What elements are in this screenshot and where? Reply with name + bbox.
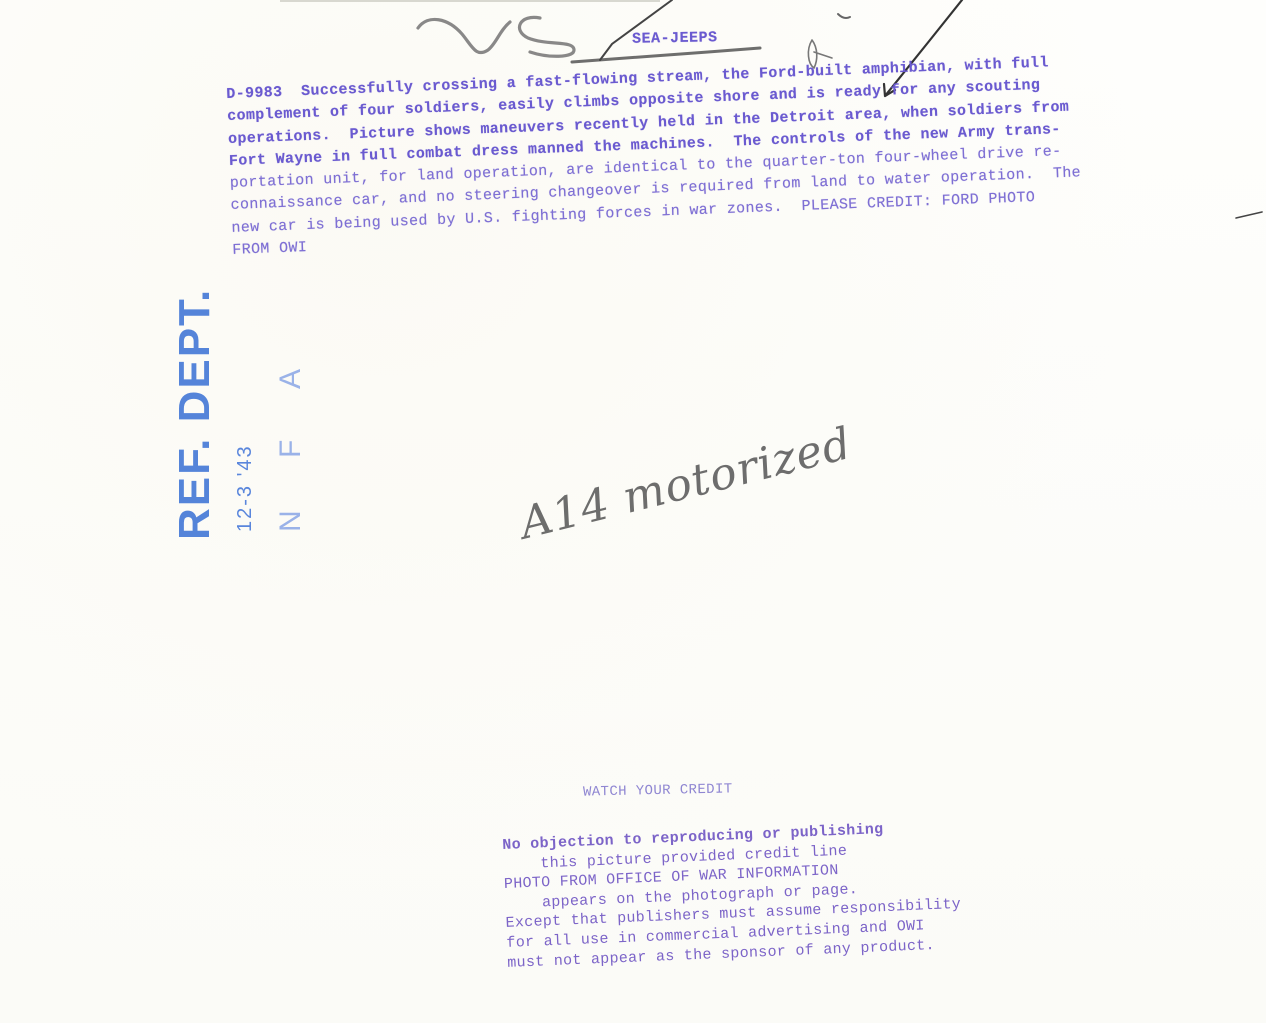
watch-credit-heading: WATCH YOUR CREDIT xyxy=(583,781,733,800)
stamp-date: 12-3 '43 xyxy=(234,444,257,532)
paper-top-edge xyxy=(280,0,660,2)
stamp-code: N F A xyxy=(274,347,308,532)
credit-notice: No objection to reproducing or publishin… xyxy=(502,817,963,973)
caption-paragraph: D-9983 Successfully crossing a fast-flow… xyxy=(226,46,1212,262)
stamp-department: REF. DEPT. xyxy=(170,288,220,540)
ref-dept-stamp: REF. DEPT. 12-3 '43 N F A xyxy=(170,288,220,540)
document-title: SEA-JEEPS xyxy=(632,29,718,47)
